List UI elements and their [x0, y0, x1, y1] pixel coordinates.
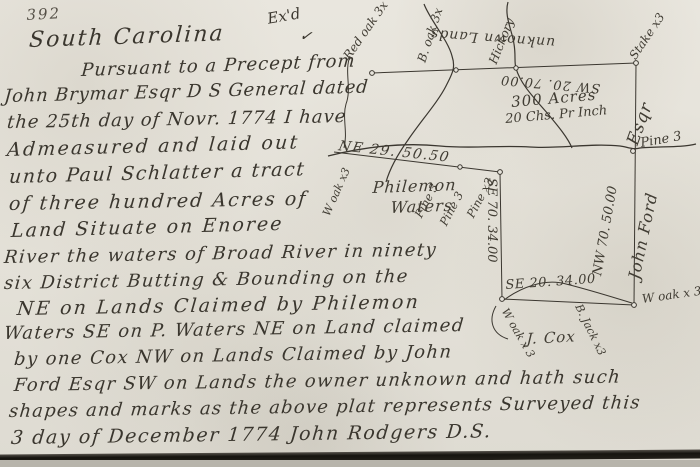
bottom-boundary-line — [502, 299, 634, 305]
river-crossing-marker — [631, 149, 636, 154]
corner-marker — [632, 303, 637, 308]
scanned-plat-page: 392 Ex'd ✓ South Carolina Pursuant to a … — [0, 0, 700, 467]
chain-marker — [454, 68, 458, 72]
check-mark: ✓ — [298, 26, 313, 46]
scan-background — [0, 460, 700, 467]
page-number: 392 — [26, 4, 62, 24]
corner-marker — [370, 71, 375, 76]
corner-marker — [498, 170, 503, 175]
chain-marker — [458, 165, 462, 169]
plat-interior-owner-1: Philemon — [372, 175, 457, 197]
chain-marker — [514, 66, 518, 70]
plat-label-j-cox: J. Cox — [526, 327, 576, 348]
corner-marker — [500, 297, 505, 302]
inner-vertical-line — [500, 172, 502, 299]
